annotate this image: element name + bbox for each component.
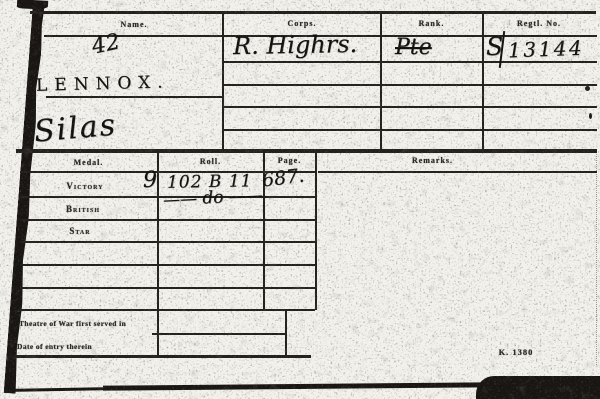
handwritten-number-note: 42	[90, 31, 122, 58]
handwritten-victory-roll-prefix: 9	[143, 170, 157, 192]
rule-row	[20, 309, 315, 311]
handwritten-british-ditto: —— do ——	[163, 187, 264, 209]
scan-left-edge-strip	[4, 2, 45, 394]
rule-section-divider	[16, 149, 597, 153]
victory-medal-label: Victory	[20, 181, 150, 191]
handwritten-surname: LENNOX.	[36, 74, 170, 94]
handwritten-regtl-number: 13144	[508, 38, 585, 61]
rule-row	[223, 61, 597, 63]
rule-top-border	[30, 11, 596, 14]
rule-row	[223, 84, 597, 86]
handwritten-corps: R. Highrs.	[233, 32, 358, 58]
rule-row	[20, 287, 315, 289]
name-column-header: Name.	[45, 20, 223, 29]
date-of-entry-label: Date of entry therein	[17, 342, 92, 351]
scan-speck	[585, 86, 590, 91]
scan-bottom-band	[103, 382, 483, 390]
rule-bottom-border	[14, 355, 311, 358]
rule-row	[20, 241, 315, 243]
rule-col-medal-roll	[157, 153, 159, 357]
page-column-header: Page.	[264, 156, 315, 165]
scan-topleft-blob	[17, 0, 48, 10]
star-medal-label: Star	[20, 226, 140, 236]
scan-bottom-line-left	[10, 387, 110, 392]
rule-surname-underline	[46, 96, 223, 98]
rule-row	[223, 106, 597, 108]
rule-row	[223, 129, 597, 131]
british-medal-label: British	[20, 204, 146, 214]
theatre-of-war-label: Theatre of War first served in	[19, 319, 126, 328]
rule-row	[20, 219, 315, 221]
medal-index-card-scan: Name. Corps. Rank. Regtl. No. Medal. Rol…	[0, 0, 600, 399]
rule-theatre-value-line	[152, 333, 286, 335]
scan-right-edge-texture	[596, 150, 597, 365]
medal-column-header: Medal.	[20, 158, 157, 167]
scan-bottomright-blob	[476, 376, 600, 399]
handwritten-rank: Pte	[395, 37, 432, 59]
rule-remarks-underline	[318, 171, 597, 173]
rank-column-header: Rank.	[381, 19, 482, 28]
handwritten-forename-signature: Silas	[33, 110, 118, 147]
rule-col-page-remarks	[315, 153, 317, 310]
regtl-no-column-header: Regtl. No.	[483, 19, 595, 28]
scan-speck	[589, 113, 592, 119]
form-code: K. 1380	[496, 347, 536, 357]
remarks-header: Remarks.	[330, 156, 535, 165]
corps-column-header: Corps.	[224, 19, 380, 28]
roll-column-header: Roll.	[158, 157, 263, 166]
handwritten-victory-page: 687.	[261, 166, 305, 190]
rule-row	[20, 264, 315, 266]
